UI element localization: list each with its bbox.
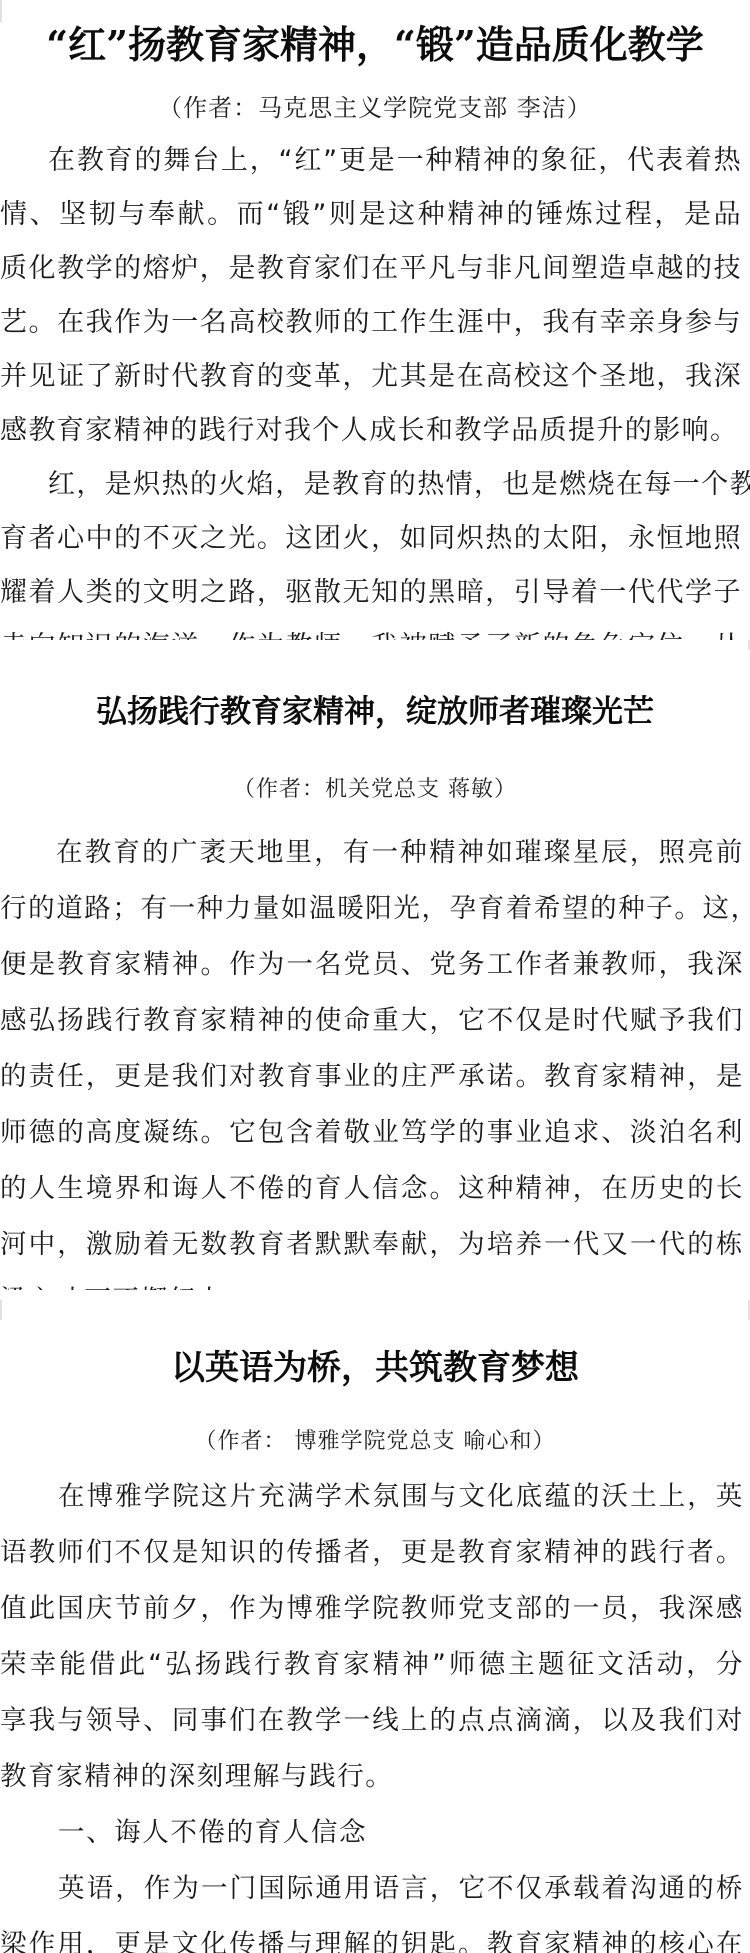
paragraph-line: 情、坚韧与奉献。而“锻”则是这种精神的锤炼过程，是品 [0,192,750,231]
paragraph-line: 享我与领导、同事们在教学一线上的点点滴滴，以及我们对 [0,1698,750,1737]
paragraph-line: 艺。在我作为一名高校教师的工作生涯中，我有幸亲身参与 [0,300,750,339]
paragraph-line: 河中，激励着无数教育者默默奉献，为培养一代又一代的栋 [0,1222,750,1261]
paragraph-line: 感教育家精神的践行对我个人成长和教学品质提升的影响。 [0,408,750,447]
article-clipping-2: 弘扬践行教育家精神，绽放师者璀璨光芒 （作者：机关党总支 蒋敏） 在教育的广袤天… [0,650,750,1290]
article-title: 以英语为桥，共筑教育梦想 [0,1340,750,1389]
article-author: （作者： 博雅学院党总支 喻心和） [0,1424,750,1455]
page-edge [0,1300,2,1320]
paragraph-line: 行的道路；有一种力量如温暖阳光，孕育着希望的种子。这， [0,886,750,925]
paragraph-line: 英语，作为一门国际通用语言，它不仅承载着沟通的桥 [0,1866,750,1905]
paragraph-line: 教育家精神的深刻理解与践行。 [0,1754,750,1793]
paragraph-line: 在教育的广袤天地里，有一种精神如璀璨星辰，照亮前 [0,830,750,869]
paragraph-line: 荣幸能借此“弘扬践行教育家精神”师德主题征文活动，分 [0,1642,750,1681]
paragraph-line: 的责任，更是我们对教育事业的庄严承诺。教育家精神，是 [0,1054,750,1093]
article-clipping-3: 以英语为桥，共筑教育梦想 （作者： 博雅学院党总支 喻心和） 在博雅学院这片充满… [0,1290,750,1953]
paragraph-line: 师德的高度凝练。它包含着敬业笃学的事业追求、淡泊名利 [0,1110,750,1149]
paragraph-line: 语教师们不仅是知识的传播者，更是教育家精神的践行者。 [0,1530,750,1569]
paragraph-line: 值此国庆节前夕，作为博雅学院教师党支部的一员，我深感 [0,1586,750,1625]
article-clipping-1: “红”扬教育家精神，“锻”造品质化教学 （作者：马克思主义学院党支部 李洁） 在… [0,0,750,640]
paragraph-line: 的人生境界和诲人不倦的育人信念。这种精神，在历史的长 [0,1166,750,1205]
paragraph-line: 红，是炽热的火焰，是教育的热情，也是燃烧在每一个教 [0,462,750,501]
article-author: （作者：机关党总支 蒋敏） [0,772,750,803]
paragraph-line: 梁之才而不懈努力。 [0,1278,750,1290]
article-title: 弘扬践行教育家精神，绽放师者璀璨光芒 [0,686,750,731]
paragraph-line: 并见证了新时代教育的变革，尤其是在高校这个圣地，我深 [0,354,750,393]
paragraph-line: 育者心中的不灭之光。这团火，如同炽热的太阳，永恒地照 [0,516,750,555]
paragraph-line: 质化教学的熔炉，是教育家们在平凡与非凡间塑造卓越的技 [0,246,750,285]
paragraph-line: 感弘扬践行教育家精神的使命重大，它不仅是时代赋予我们 [0,998,750,1037]
cropped-text: …………………………………………………… [0,618,750,628]
cropped-text-line: …………………………………………………… [0,618,750,628]
section-heading: 一、诲人不倦的育人信念 [0,1810,750,1849]
paragraph-line: 耀着人类的文明之路，驱散无知的黑暗，引导着一代代学子 [0,570,750,609]
paragraph-line: 梁作用，更是文化传播与理解的钥匙。教育家精神的核心在 [0,1922,750,1953]
paragraph-line: 便是教育家精神。作为一名党员、党务工作者兼教师，我深 [0,942,750,981]
paragraph-line: 在教育的舞台上，“红”更是一种精神的象征，代表着热 [0,138,750,177]
article-author: （作者：马克思主义学院党支部 李洁） [0,88,750,123]
paragraph-line: 在博雅学院这片充满学术氛围与文化底蕴的沃土上，英 [0,1474,750,1513]
article-title: “红”扬教育家精神，“锻”造品质化教学 [0,14,750,69]
